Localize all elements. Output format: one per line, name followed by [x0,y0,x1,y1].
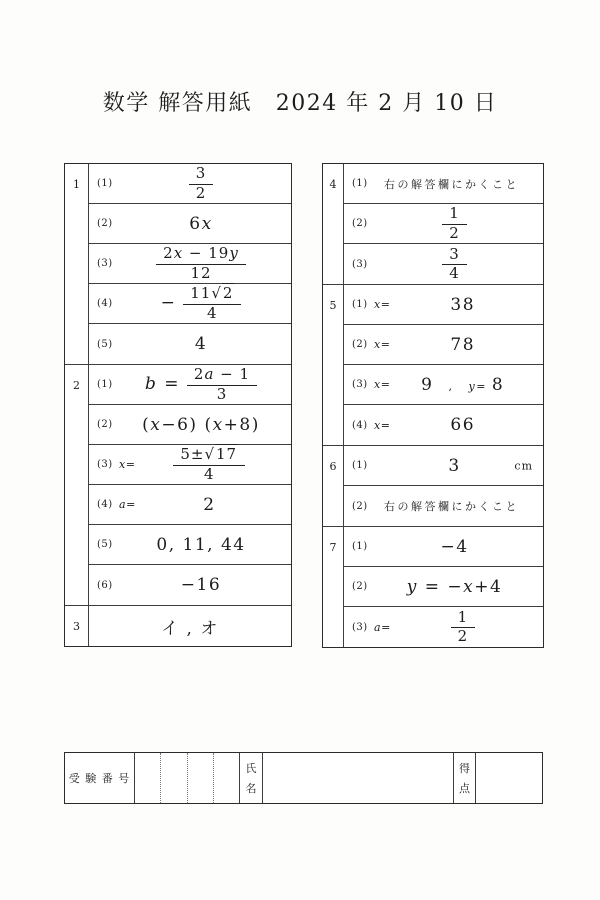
answer-value: 66 [390,415,535,435]
item-label: (2) [97,419,119,430]
fraction-denominator: 2 [451,628,476,645]
answer-rows: (1)右の解答欄にかくこと(2)12(3)34 [344,164,543,284]
answer-table-left: 1(1)32(2)6x(3)2x − 19y12(4)− 11√24(5)42(… [64,163,292,647]
math-text: 3 [196,164,207,182]
radicand: 17 [215,444,238,463]
answer-value: 32 [119,165,283,202]
math-text: x [374,338,381,351]
answer-rows: (1)x=38(2)x=78(3)x=9 , y= 8(4)x=66 [344,285,543,445]
answer-row: (1)右の解答欄にかくこと [344,164,543,204]
name-label-top: 氏 [246,760,257,776]
fraction-numerator: 11√2 [183,285,241,304]
problem-number: 2 [65,365,88,405]
math-text: a [204,365,214,383]
exam-number-digit-cells [135,753,240,803]
answer-row: (3)x=9 , y= 8 [344,365,543,405]
problem-number-cell: 4 [323,164,344,284]
answer-row: (1)32 [89,164,291,204]
math-text: 3 [449,245,460,263]
fraction: 2x − 19y12 [156,245,246,282]
math-text: 78 [450,335,475,355]
fraction-denominator: 2 [189,185,214,202]
item-label: (3) [352,622,374,633]
answer-value: −16 [119,575,283,595]
math-text: +4 [474,577,502,597]
problem-number: 7 [323,527,343,567]
fraction-denominator: 4 [173,466,245,483]
math-text: 11 [190,284,211,302]
fraction: 12 [442,205,467,242]
item-label: (2) [352,339,374,350]
math-text: x [213,415,224,435]
answer-value: イ , オ [97,614,283,639]
answer-value: − 11√24 [119,285,283,322]
answer-row: (4)a=2 [89,485,291,525]
answer-value: (x−6) (x+8) [119,415,283,435]
answer-value: 12 [374,205,535,242]
math-text: = [126,458,136,471]
answer-row: (1)3cm [344,446,543,486]
item-label: (4) [97,499,119,510]
problem-group-3: 3イ , オ [65,606,291,646]
square-root: √2 [211,283,234,302]
math-text: x [374,298,381,311]
name-label: 氏 名 [240,753,263,803]
math-text: = [126,498,136,511]
score-label-bottom: 点 [459,780,470,796]
answer-value: 2 [136,495,283,515]
math-text: = [381,378,391,391]
answer-rows: (1)−4(2)y = −x+4(3)a=12 [344,527,543,647]
exam-number-digit-cell [135,753,160,803]
answer-sheet-page: 数学 解答用紙 2024 年 2 月 10 日 1(1)32(2)6x(3)2x… [0,0,600,900]
math-text: = [381,419,391,432]
math-text: x [374,378,381,391]
score-field [476,753,542,803]
answer-row: (5)4 [89,324,291,364]
answer-value: y = −x+4 [374,577,535,597]
answer-value: 0, 11, 44 [119,535,283,555]
candidate-info-table: 受 験 番 号 氏 名 得 点 [64,752,543,804]
math-text: = [381,298,391,311]
answer-prefix: x= [119,458,135,471]
math-text: 2 [196,184,207,202]
math-text: x [119,458,126,471]
answer-value: 右の解答欄にかくこと [374,176,535,192]
fraction-numerator: 5±√17 [173,446,245,465]
answer-row: (1)b = 2a − 13 [89,365,291,405]
answer-row: (2)(x−6) (x+8) [89,405,291,445]
exam-number-digit-cell [187,753,213,803]
item-label: (1) [352,541,374,552]
math-text: 2 [449,224,460,242]
math-text: x [150,415,161,435]
answer-value: 34 [374,246,535,283]
fraction-denominator: 3 [187,386,257,403]
radicand: 2 [222,283,235,302]
item-label: (5) [97,339,119,350]
math-text: 3 [448,456,460,476]
square-root: √17 [204,444,238,463]
math-text: 6 [189,214,201,234]
math-text: 0, 11, 44 [156,535,245,555]
item-label: (3) [352,379,374,390]
answer-value: 右の解答欄にかくこと [374,498,535,514]
math-text: x [202,214,213,234]
item-label: (2) [352,501,374,512]
item-label: (4) [352,420,374,431]
item-label: (4) [97,298,119,309]
math-text: 1 [449,204,460,222]
item-label: (1) [97,379,119,390]
name-field [263,753,454,803]
answer-value: 12 [391,609,535,646]
problem-number: 4 [323,164,343,204]
math-text: +8) [224,415,260,435]
math-text: y [407,577,418,597]
item-label: (1) [352,299,374,310]
answer-row: (3)x=5±√174 [89,445,291,485]
math-text: = [157,374,187,394]
exam-number-label: 受 験 番 号 [65,753,135,803]
math-text: x [463,577,474,597]
problem-group-7: 7(1)−4(2)y = −x+4(3)a=12 [323,527,543,647]
fraction-numerator: 2x − 19y [156,245,246,264]
math-text: 1 [458,608,469,626]
answer-prefix: x= [374,419,390,432]
fraction: 11√24 [183,285,241,322]
math-text: 4 [195,334,207,354]
answer-row: (4)− 11√24 [89,284,291,324]
answer-value: 6x [119,214,283,234]
problem-number: 1 [65,164,88,204]
name-label-bottom: 名 [246,780,257,796]
radical-sign-icon: √ [204,445,215,463]
page-title: 数学 解答用紙 2024 年 2 月 10 日 [0,86,600,117]
answer-prefix: x= [374,298,390,311]
math-text: 38 [450,295,475,315]
radical-sign-icon: √ [211,284,222,302]
answer-row: (2)6x [89,204,291,244]
item-label: (5) [97,539,119,550]
math-text: a [374,621,381,634]
answer-value: 78 [390,335,535,355]
answer-value: 2x − 19y12 [119,245,283,282]
fraction-numerator: 3 [189,165,214,184]
math-text: b [145,374,157,394]
math-text: 4 [449,264,460,282]
math-text: x [174,244,183,262]
problem-number: 3 [65,606,88,646]
answer-prefix: x= [374,378,390,391]
item-label: (6) [97,580,119,591]
item-label: (2) [97,218,119,229]
math-text: −6) ( [161,415,212,435]
fraction: 12 [451,609,476,646]
problem-group-6: 6(1)3cm(2)右の解答欄にかくこと [323,446,543,527]
math-text: −4 [440,537,468,557]
math-text: = [476,380,492,393]
problem-group-5: 5(1)x=38(2)x=78(3)x=9 , y= 8(4)x=66 [323,285,543,446]
answer-row: (4)x=66 [344,405,543,445]
answer-value: 38 [390,295,535,315]
fraction-numerator: 3 [442,246,467,265]
problem-number-cell: 2 [65,365,89,605]
answer-prefix: x= [374,338,390,351]
math-text: −16 [181,575,221,595]
math-text: 2 [203,495,215,515]
problem-number-cell: 6 [323,446,344,526]
answer-unit: cm [514,459,533,472]
answer-value: 9 , y= 8 [390,375,535,395]
answer-row: (1)x=38 [344,285,543,325]
math-text: 2 [194,365,205,383]
fraction-numerator: 1 [442,205,467,224]
problem-group-2: 2(1)b = 2a − 13(2)(x−6) (x+8)(3)x=5±√174… [65,365,291,606]
fraction: 32 [189,165,214,202]
answer-row: (2)x=78 [344,325,543,365]
math-text: 8 [492,375,504,395]
math-text: 3 [217,385,228,403]
answer-row: (3)2x − 19y12 [89,244,291,284]
problem-number-cell: 3 [65,606,89,646]
answer-value: b = 2a − 13 [119,366,283,403]
score-label: 得 点 [454,753,476,803]
math-text: x [374,419,381,432]
fraction-denominator: 4 [442,265,467,282]
answer-table-right: 4(1)右の解答欄にかくこと(2)12(3)345(1)x=38(2)x=78(… [322,163,544,648]
math-text: , [434,380,469,393]
fraction-denominator: 4 [183,305,241,322]
problem-group-1: 1(1)32(2)6x(3)2x − 19y12(4)− 11√24(5)4 [65,164,291,365]
problem-number-cell: 1 [65,164,89,364]
fraction: 2a − 13 [187,366,257,403]
item-label: (3) [97,459,119,470]
math-text: 4 [204,465,215,483]
math-text: = − [418,577,463,597]
answer-value: 4 [119,334,283,354]
answer-row: (2)12 [344,204,543,244]
answer-row: (1)−4 [344,527,543,567]
answer-rows: イ , オ [89,606,291,646]
math-text: 5± [180,445,204,463]
fraction: 5±√174 [173,446,245,483]
problem-group-4: 4(1)右の解答欄にかくこと(2)12(3)34 [323,164,543,285]
math-text: 4 [207,304,218,322]
item-label: (1) [97,178,119,189]
math-text: − 1 [214,365,250,383]
item-label: (1) [352,460,374,471]
answer-rows: (1)b = 2a − 13(2)(x−6) (x+8)(3)x=5±√174(… [89,365,291,605]
item-label: (3) [352,259,374,270]
exam-number-digit-cell [213,753,239,803]
answer-row: (3)a=12 [344,607,543,647]
fraction: 34 [442,246,467,283]
item-label: (2) [352,581,374,592]
math-text: a [119,498,126,511]
answer-value: −4 [374,537,535,557]
item-label: (2) [352,218,374,229]
fraction-denominator: 2 [442,225,467,242]
math-text: − 19 [183,244,229,262]
answer-value: 5±√174 [135,446,283,483]
answer-value: 3 [374,456,535,476]
answer-row: イ , オ [89,606,291,646]
math-text: − [161,293,184,313]
exam-number-digit-cell [160,753,186,803]
answer-rows: (1)32(2)6x(3)2x − 19y12(4)− 11√24(5)4 [89,164,291,364]
answer-rows: (1)3cm(2)右の解答欄にかくこと [344,446,543,526]
math-text: 2 [458,627,469,645]
score-label-top: 得 [459,760,470,776]
math-text: y [229,244,238,262]
problem-number: 6 [323,446,343,486]
problem-number-cell: 5 [323,285,344,445]
answer-row: (2)右の解答欄にかくこと [344,486,543,526]
math-text: 66 [450,415,475,435]
answer-row: (2)y = −x+4 [344,567,543,607]
fraction-denominator: 12 [156,265,246,282]
problem-number: 5 [323,285,343,325]
item-label: (1) [352,178,374,189]
fraction-numerator: 1 [451,609,476,628]
item-label: (3) [97,258,119,269]
math-text: = [381,338,391,351]
answer-row: (3)34 [344,244,543,284]
math-text: 9 [421,375,433,395]
math-text: 2 [163,244,174,262]
answer-prefix: a= [119,498,136,511]
math-text: 12 [190,264,211,282]
answer-row: (5)0, 11, 44 [89,525,291,565]
fraction-numerator: 2a − 1 [187,366,257,385]
problem-number-cell: 7 [323,527,344,647]
answer-prefix: a= [374,621,391,634]
answer-row: (6)−16 [89,565,291,605]
math-text: イ , オ [161,619,219,639]
math-text: = [381,621,391,634]
